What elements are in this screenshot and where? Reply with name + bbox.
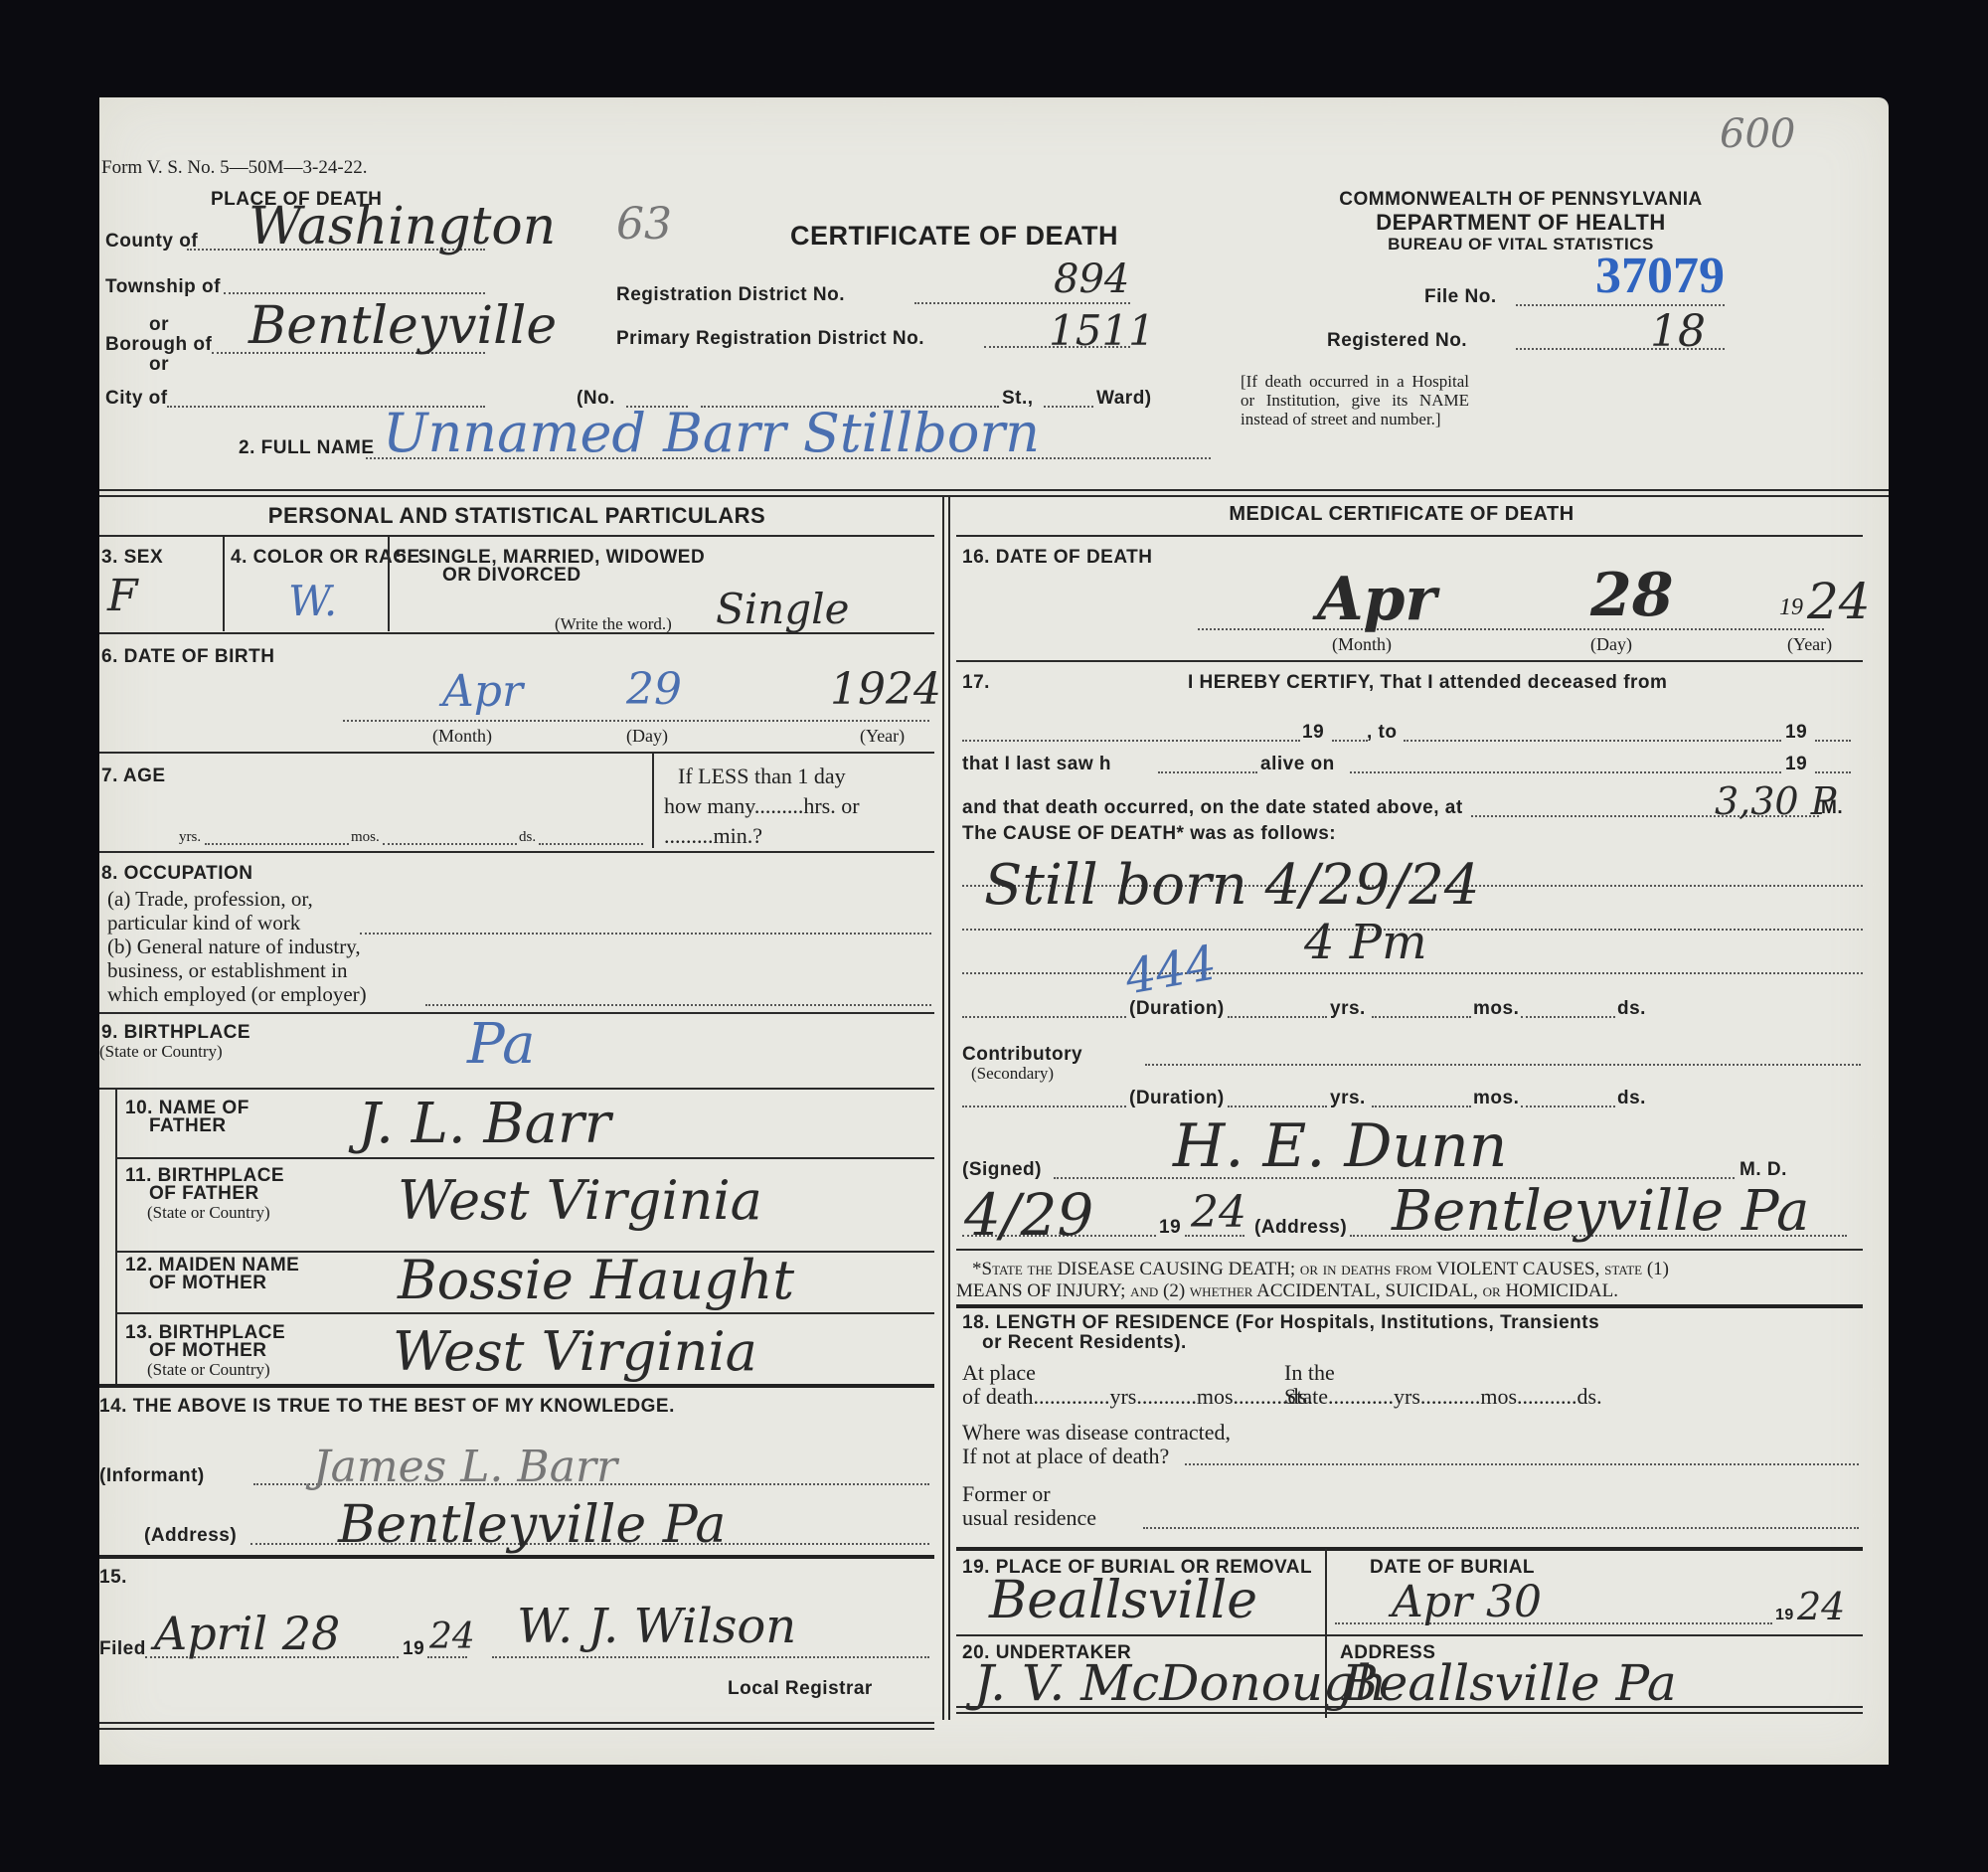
burial-date-value: Apr 30 xyxy=(1392,1577,1542,1627)
local-registrar-label: Local Registrar xyxy=(728,1678,873,1700)
personal-particulars-header: PERSONAL AND STATISTICAL PARTICULARS xyxy=(99,503,934,529)
sex-label: 3. SEX xyxy=(101,547,163,569)
footnote-line-2: MEANS OF INJURY; and (2) whether ACCIDEN… xyxy=(956,1280,1618,1302)
duration-yrs: yrs. xyxy=(1330,998,1366,1020)
duration-mos: mos. xyxy=(1473,998,1519,1020)
full-name-value: Unnamed Barr Stillborn xyxy=(383,402,1040,464)
hospital-note: [If death occurred in a Hospital or Inst… xyxy=(1241,372,1469,428)
burial-date-label: DATE OF BURIAL xyxy=(1370,1557,1535,1579)
physician-address-value: Bentleyville Pa xyxy=(1392,1179,1809,1244)
city-label: City of xyxy=(105,388,168,410)
marital-value: Single xyxy=(716,585,849,633)
certify-statement: I HEREBY CERTIFY, That I attended deceas… xyxy=(1188,672,1667,694)
to-label: , to xyxy=(1367,722,1398,744)
marital-hint: (Write the word.) xyxy=(555,614,672,634)
signed-year: 24 xyxy=(1191,1187,1246,1238)
age-ds: ds. xyxy=(519,829,536,846)
where-contracted-label: Where was disease contracted, xyxy=(962,1420,1231,1446)
birthplace-value: Pa xyxy=(467,1012,536,1077)
burial-year: 24 xyxy=(1797,1585,1845,1628)
dod-month: Apr xyxy=(1317,565,1436,634)
alive-on-label: alive on xyxy=(1260,754,1335,775)
medical-certificate-header: MEDICAL CERTIFICATE OF DEATH xyxy=(954,503,1849,526)
informant-value: James L. Barr xyxy=(313,1442,617,1492)
year-caption: (Year) xyxy=(1787,634,1832,655)
file-no-label: File No. xyxy=(1424,286,1497,308)
father-birthplace-value: West Virginia xyxy=(398,1169,762,1232)
ward-label: Ward) xyxy=(1096,388,1152,410)
date-of-birth-label: 6. DATE OF BIRTH xyxy=(101,646,274,668)
occupation-a-line2: particular kind of work xyxy=(107,911,300,936)
duration-ds: ds. xyxy=(1617,1088,1646,1109)
how-many-minutes: .........min.? xyxy=(664,823,762,849)
less-than-day-label: If LESS than 1 day xyxy=(678,764,846,789)
signed-19: 19 xyxy=(1159,1217,1181,1239)
full-name-label: 2. FULL NAME xyxy=(239,437,375,459)
item-15: 15. xyxy=(99,1567,127,1589)
dod-year: 24 xyxy=(1807,573,1871,630)
burial-19: 19 xyxy=(1775,1607,1794,1624)
burial-place-value: Beallsville xyxy=(989,1571,1257,1630)
death-certificate: Form V. S. No. 5—50M—3-24-22. 600 PLACE … xyxy=(99,97,1889,1765)
contributory-label: Contributory xyxy=(962,1044,1082,1066)
footnote-line-1: *State the DISEASE CAUSING DEATH; or in … xyxy=(972,1259,1669,1280)
day-caption: (Day) xyxy=(626,726,668,747)
age-mos: mos. xyxy=(351,829,380,846)
race-value: W. xyxy=(288,577,337,625)
father-birthplace-label-2: OF FATHER xyxy=(149,1183,259,1205)
contributory-sub: (Secondary) xyxy=(971,1064,1054,1084)
informant-label: (Informant) xyxy=(99,1465,205,1487)
duration-label: (Duration) xyxy=(1129,1088,1225,1109)
occupation-b-line1: (b) General nature of industry, xyxy=(107,935,361,959)
knowledge-statement: 14. THE ABOVE IS TRUE TO THE BEST OF MY … xyxy=(99,1396,675,1418)
from-19: 19 xyxy=(1302,722,1324,744)
mother-birthplace-sub: (State or Country) xyxy=(147,1360,270,1380)
in-state-label: In the xyxy=(1284,1360,1335,1386)
mother-birthplace-value: West Virginia xyxy=(393,1320,757,1383)
day-caption: (Day) xyxy=(1590,634,1632,655)
dob-month: Apr xyxy=(442,666,523,717)
age-yrs: yrs. xyxy=(179,829,201,846)
alive-19: 19 xyxy=(1785,754,1807,775)
registrar-signature: W. J. Wilson xyxy=(517,1599,796,1654)
dob-day: 29 xyxy=(626,664,682,715)
occupation-b-line2: business, or establishment in xyxy=(107,958,347,983)
dob-year: 1924 xyxy=(830,664,941,715)
borough-value: Bentleyville xyxy=(248,296,557,356)
race-label: 4. COLOR OR RACE xyxy=(231,547,420,569)
registration-district-label: Registration District No. xyxy=(616,284,845,306)
md-label: M. D. xyxy=(1739,1159,1787,1181)
county-label: County of xyxy=(105,231,198,253)
registered-no-value: 18 xyxy=(1650,306,1706,357)
to-19: 19 xyxy=(1785,722,1807,744)
father-name-value: J. L. Barr xyxy=(358,1092,611,1156)
at-place-label: At place xyxy=(962,1360,1036,1386)
mother-name-label-2: OF MOTHER xyxy=(149,1273,267,1294)
township-label: Township of xyxy=(105,276,221,298)
time-suffix: M. xyxy=(1821,797,1843,819)
occupation-b-line3: which employed (or employer) xyxy=(107,982,367,1007)
or-text: or xyxy=(149,354,169,376)
county-value: Washington xyxy=(248,197,556,256)
in-state-duration: State............yrs...........mos......… xyxy=(1284,1384,1602,1410)
informant-address-value: Bentleyville Pa xyxy=(338,1495,726,1555)
borough-label: Borough of xyxy=(105,334,212,356)
signed-label: (Signed) xyxy=(962,1159,1042,1181)
cause-code: 444 xyxy=(1121,935,1221,1005)
agency-line-2: DEPARTMENT OF HEALTH xyxy=(1302,210,1739,236)
filed-date: April 28 xyxy=(154,1607,340,1660)
file-number-stamp: 37079 xyxy=(1595,247,1725,305)
agency-line-1: COMMONWEALTH OF PENNSYLVANIA xyxy=(1302,189,1739,211)
form-number: Form V. S. No. 5—50M—3-24-22. xyxy=(101,157,367,179)
last-saw-label: that I last saw h xyxy=(962,754,1111,775)
occupation-label: 8. OCCUPATION xyxy=(101,863,253,885)
or-text: or xyxy=(149,314,169,336)
age-label: 7. AGE xyxy=(101,766,166,787)
primary-district-label: Primary Registration District No. xyxy=(616,328,924,350)
certificate-title: CERTIFICATE OF DEATH xyxy=(676,221,1233,252)
year-caption: (Year) xyxy=(860,726,905,747)
informant-address-label: (Address) xyxy=(144,1525,237,1547)
where-contracted-label-2: If not at place of death? xyxy=(962,1444,1169,1469)
death-occurred-label: and that death occurred, on the date sta… xyxy=(962,797,1463,819)
mother-birthplace-label-2: OF MOTHER xyxy=(149,1340,267,1362)
mother-name-value: Bossie Haught xyxy=(398,1249,794,1311)
father-birthplace-sub: (State or Country) xyxy=(147,1203,270,1223)
cause-of-death-label: The CAUSE OF DEATH* was as follows: xyxy=(962,823,1336,845)
marital-label-2: OR DIVORCED xyxy=(442,565,581,587)
father-name-label-2: FATHER xyxy=(149,1115,227,1137)
month-caption: (Month) xyxy=(432,726,492,747)
corner-note: 600 xyxy=(1720,111,1795,157)
birthplace-label: 9. BIRTHPLACE xyxy=(101,1022,250,1044)
former-residence-label: Former or xyxy=(962,1481,1051,1507)
duration-mos: mos. xyxy=(1473,1088,1519,1109)
primary-district-value: 1511 xyxy=(1049,306,1155,355)
duration-label: (Duration) xyxy=(1129,998,1225,1020)
cause-of-death-line-1: Still born 4/29/24 xyxy=(984,853,1479,918)
former-residence-label-2: usual residence xyxy=(962,1505,1096,1531)
how-many-hours: how many.........hrs. or xyxy=(664,793,860,819)
birthplace-sub: (State or Country) xyxy=(99,1042,223,1062)
item-17: 17. xyxy=(962,672,990,694)
month-caption: (Month) xyxy=(1332,634,1392,655)
physician-address-label: (Address) xyxy=(1254,1217,1347,1239)
registered-no-label: Registered No. xyxy=(1327,330,1467,352)
cause-of-death-line-2: 4 Pm xyxy=(1304,915,1427,970)
undertaker-value: J. V. McDonough xyxy=(974,1654,1387,1712)
duration-ds: ds. xyxy=(1617,998,1646,1020)
filed-19: 19 xyxy=(403,1638,424,1660)
duration-yrs: yrs. xyxy=(1330,1088,1366,1109)
time-of-death: 3,30 P xyxy=(1715,779,1836,823)
at-place-duration: of death..............yrs...........mos.… xyxy=(962,1384,1313,1410)
undertaker-address-value: Beallsville Pa xyxy=(1342,1654,1677,1712)
residence-label-2: or Recent Residents). xyxy=(982,1332,1187,1354)
sex-value: F xyxy=(107,571,138,621)
dod-19: 19 xyxy=(1779,595,1803,621)
filed-year: 24 xyxy=(429,1617,475,1657)
occupation-a-line1: (a) Trade, profession, or, xyxy=(107,887,313,912)
residence-label: 18. LENGTH OF RESIDENCE (For Hospitals, … xyxy=(962,1312,1599,1334)
dod-day: 28 xyxy=(1590,561,1674,630)
filed-label: Filed xyxy=(99,1638,146,1660)
physician-signature: H. E. Dunn xyxy=(1173,1111,1507,1181)
signed-date: 4/29 xyxy=(964,1181,1093,1249)
registration-district-value: 894 xyxy=(1054,256,1129,302)
date-of-death-label: 16. DATE OF DEATH xyxy=(962,547,1152,569)
margin-note: 63 xyxy=(616,199,672,250)
